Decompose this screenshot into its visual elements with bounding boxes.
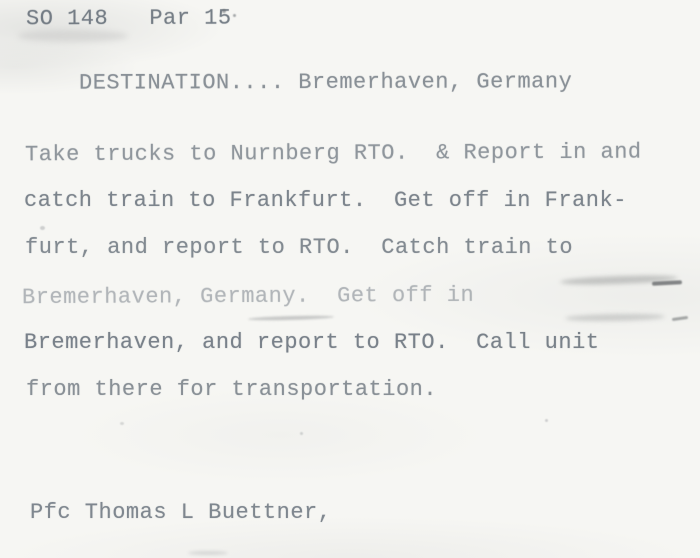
- scan-streak: [248, 315, 334, 321]
- body-line: Bremerhaven, and report to RTO. Call uni…: [24, 330, 600, 356]
- ink-speck: [120, 422, 124, 425]
- order-number-line: SO 148 Par 15: [26, 6, 232, 33]
- scan-edge-mark: [188, 551, 228, 555]
- scan-streak: [565, 313, 665, 322]
- body-line: Take trucks to Nurnberg RTO. & Report in…: [25, 140, 642, 169]
- ink-speck: [233, 14, 236, 17]
- destination-line: DESTINATION.... Bremerhaven, Germany: [79, 69, 572, 96]
- scan-streak: [560, 274, 678, 286]
- body-line: from there for transportation.: [26, 377, 437, 403]
- pencil-mark: [40, 226, 45, 230]
- body-line: furt, and report to RTO. Catch train to: [25, 235, 573, 261]
- ink-speck: [545, 419, 548, 422]
- scan-streak-dark: [652, 280, 682, 286]
- scan-streak-dark: [672, 316, 688, 321]
- body-line: catch train to Frankfurt. Get off in Fra…: [24, 188, 627, 214]
- ink-speck: [300, 432, 303, 435]
- body-line: Bremerhaven, Germany. Get off in: [22, 283, 474, 311]
- signature-line: Pfc Thomas L Buettner,: [30, 500, 331, 526]
- scanned-document-page: SO 148 Par 15 DESTINATION.... Bremerhave…: [0, 0, 700, 558]
